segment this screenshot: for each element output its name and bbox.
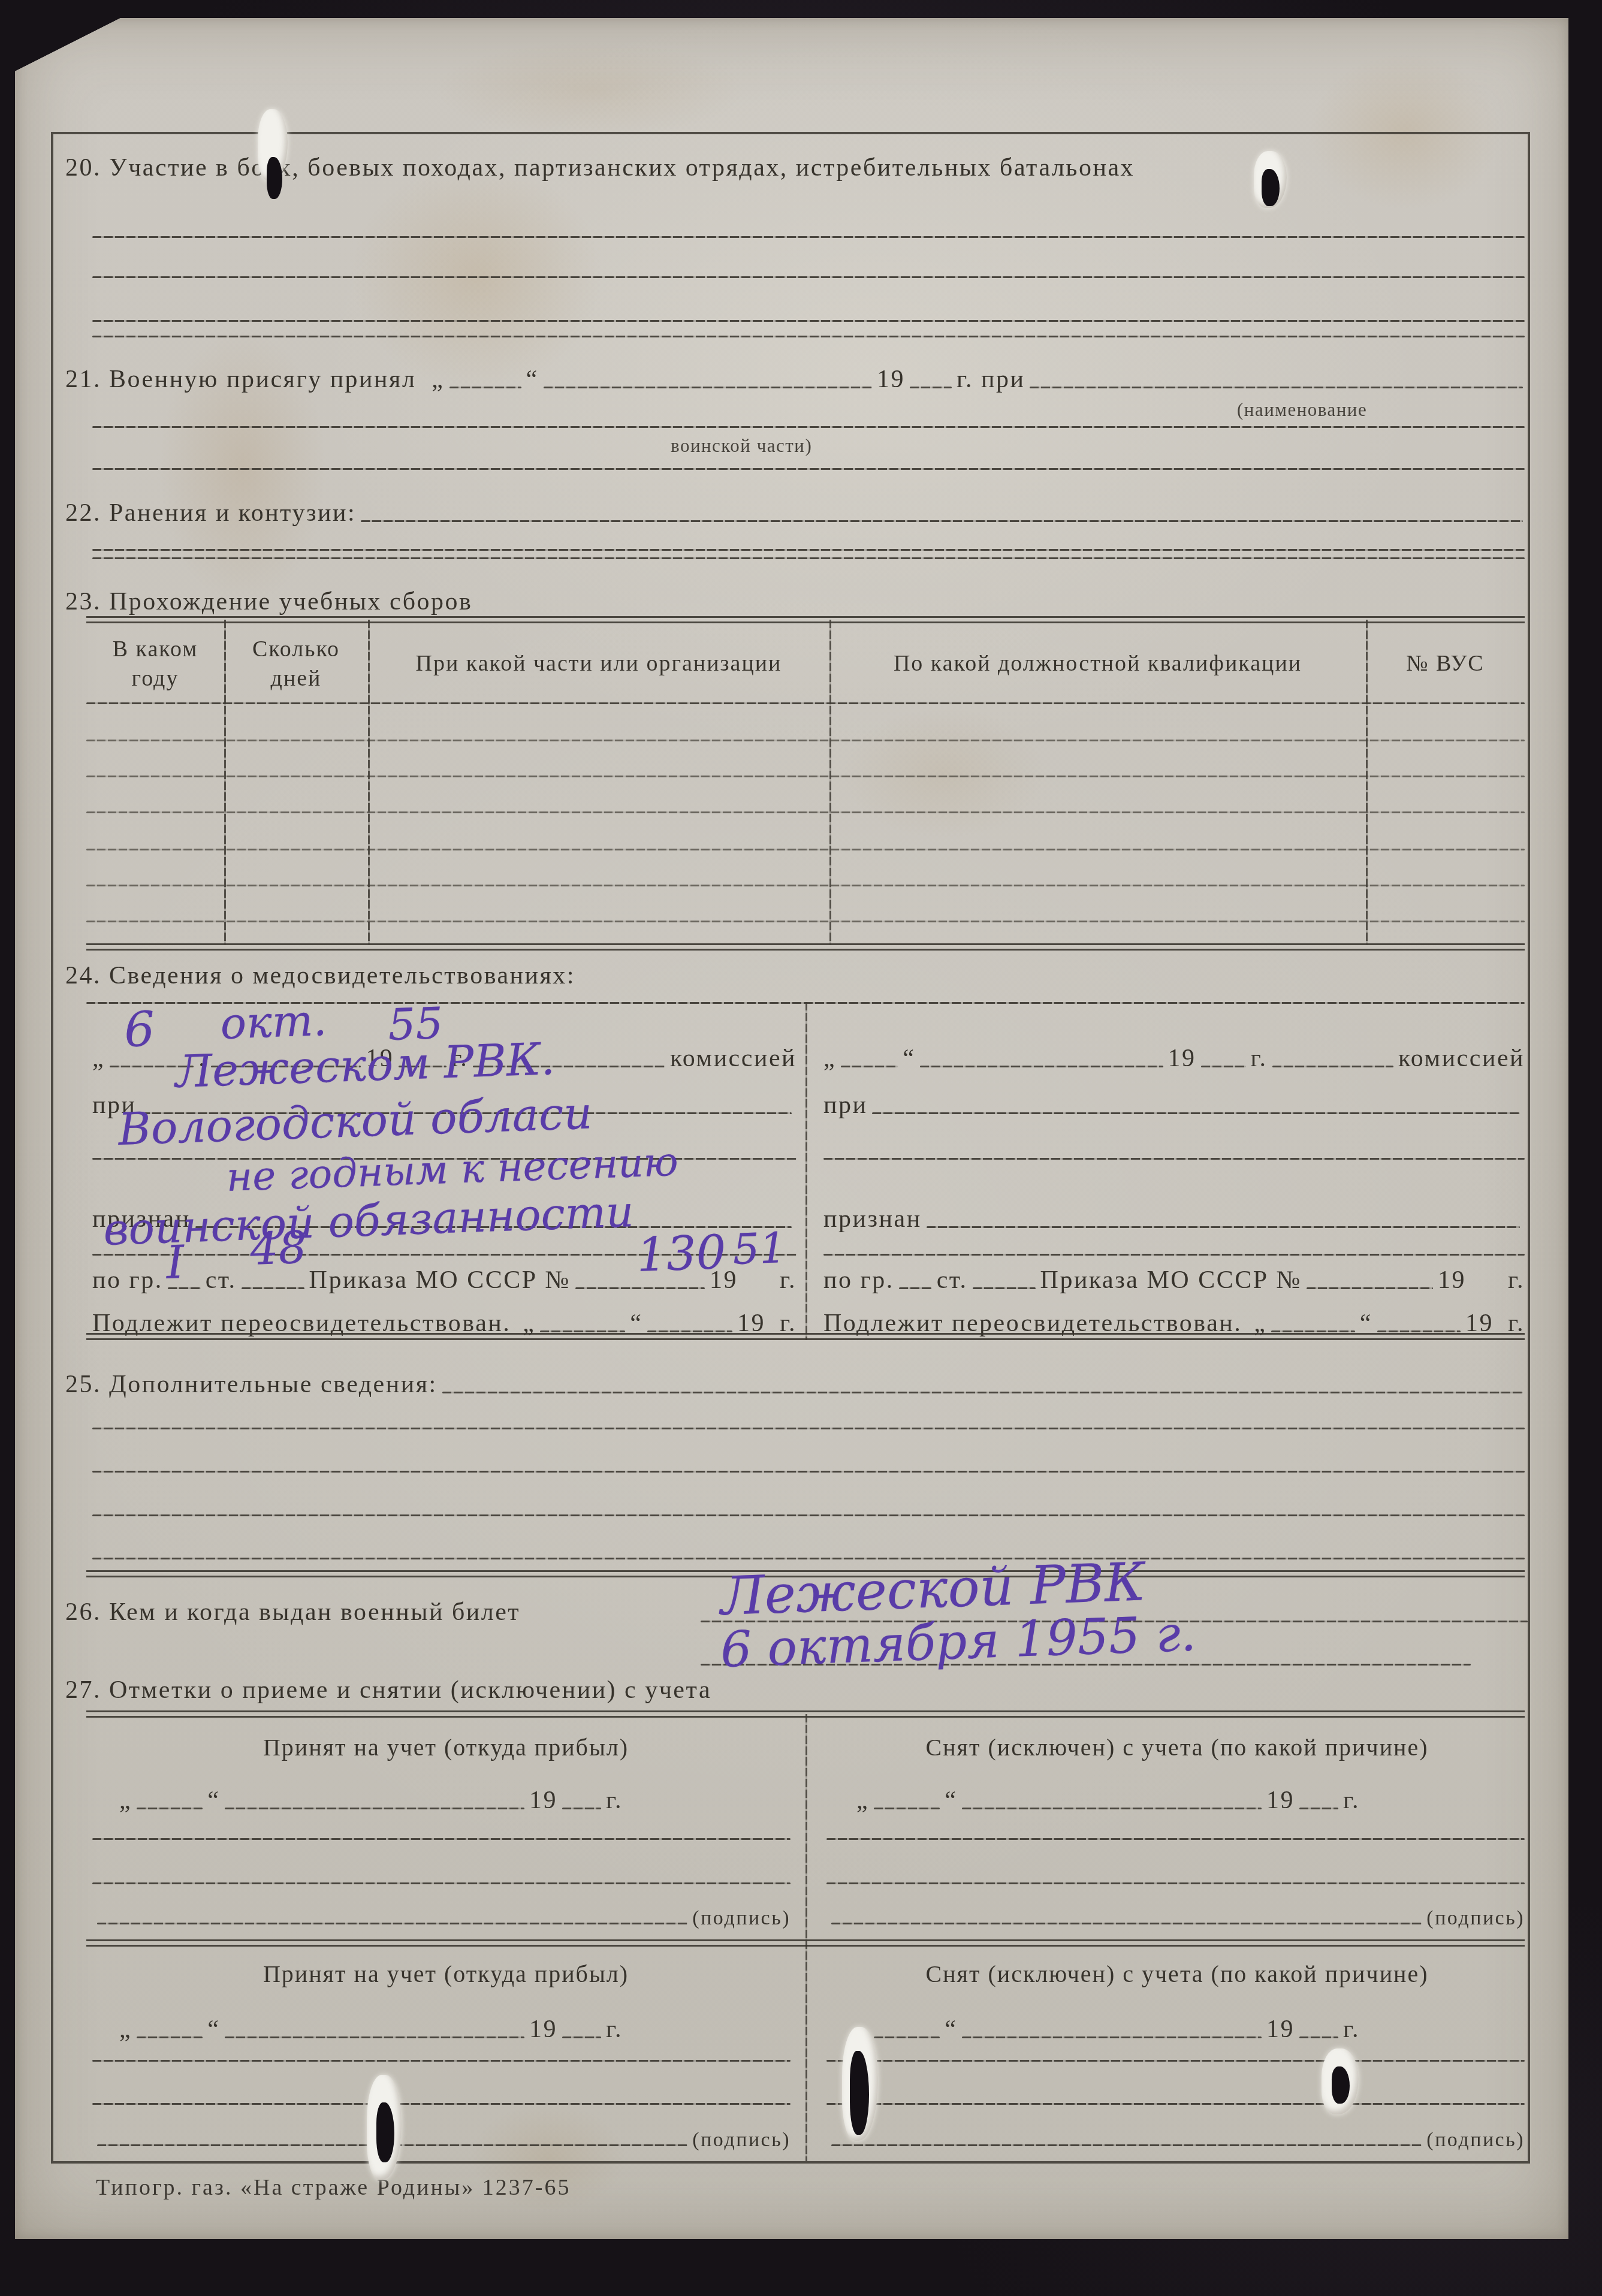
removed-date-line: „ “ 19 г. [856,2015,1360,2044]
quote-close-mark: “ [207,1786,220,1815]
section-27-title: 27. Отметки о приеме и снятии (исключени… [65,1676,711,1704]
form-frame: 20. Участие в боях, боевых походах, парт… [51,132,1530,2164]
ruled-line [826,1882,1525,1884]
day-field-rule [874,1808,940,1809]
ruled-line [826,2060,1525,2062]
accepted-signature-line: (подпись) [92,2129,791,2152]
med-right-priznan-line: признан [823,1205,1525,1233]
table-row-line [86,740,1525,741]
ruled-line [826,2103,1525,2105]
signature-hint: (подпись) [692,2129,791,2152]
quote-close-mark: “ [207,2015,220,2044]
priznan-label: признан [823,1205,922,1233]
section-22-label: 22. Ранения и контузии: [65,499,356,527]
quote-open-mark: „ [1254,1309,1266,1338]
blank-rule [544,387,872,388]
med-column-divider [805,1002,807,1340]
registration-column-divider [805,1714,807,2161]
paper-hole-shadow [267,157,282,199]
blank-rule [540,1330,625,1332]
table-bottom-border [86,943,1525,951]
ruled-line [92,1838,791,1840]
year-label: 19 [1266,2015,1295,2044]
komissiei-label: комиссией [670,1044,797,1073]
blank-rule [872,1112,1520,1114]
section-26-label: 26. Кем и когда выдан военный билет [65,1598,520,1627]
section-22-line: 22. Ранения и контузии: [65,499,1528,527]
hw-med-order-year: 51 [732,1223,787,1274]
table-header-days: Сколько дней [224,626,368,702]
signature-rule [831,1923,1422,1924]
table-row-line [86,849,1525,850]
blank-rule [449,387,521,388]
quote-close-mark: “ [945,1786,957,1815]
order-no-field-rule [1307,1287,1433,1289]
day-field-rule [137,1808,203,1809]
table-header-unit: При какой части или организации [368,626,829,702]
signature-rule [831,2144,1422,2146]
ruled-line [92,1428,1525,1429]
year-label: 19 [1438,1266,1466,1295]
ruled-line [826,1838,1525,1840]
ruled-line [92,236,1525,238]
paper-hole-shadow [1332,2066,1350,2104]
day-field-rule [874,2036,940,2038]
signature-hint: (подпись) [1426,2129,1525,2152]
blank-rule [927,1226,1520,1228]
section-25-label: 25. Дополнительные сведения: [65,1370,438,1399]
quote-open-mark: „ [823,1044,836,1073]
ruled-line [92,549,1525,551]
removed-signature-line: (подпись) [826,2129,1525,2152]
registration-row-divider [86,1939,1525,1947]
med-left-reexam-line: Подлежит переосвидетельствован. „ “ 19 г… [92,1309,797,1338]
prikaz-label: Приказа МО СССР № [309,1266,571,1295]
article-field-rule [973,1287,1036,1289]
month-field-rule [225,1808,524,1809]
paper-hole-shadow [850,2051,869,2135]
year-field-rule [1299,2036,1338,2038]
hw-med-article: 48 [249,1222,307,1275]
paper-sheet: 20. Участие в боях, боевых походах, парт… [15,18,1568,2239]
prikaz-label: Приказа МО СССР № [1040,1266,1302,1295]
year-label: 19 [877,365,905,394]
accepted-header: Принят на учет (откуда прибыл) [92,1960,800,1988]
unit-name-hint-top: (наименование [1237,399,1367,421]
unit-name-hint-bottom: воинской части) [671,435,812,457]
year-label: 19 [1266,1786,1295,1815]
g-label: г. [606,2015,623,2044]
ruled-line [92,320,1525,322]
g-label: г. [1343,2015,1360,2044]
removed-header: Снят (исключен) с учета (по какой причин… [829,1733,1525,1761]
g-label: г. [780,1309,797,1338]
print-shop-imprint: Типогр. газ. «На страже Родины» 1237-65 [96,2174,571,2201]
hw-med-group: I [165,1235,185,1289]
po-gr-label: по гр. [823,1266,894,1295]
month-field-rule [962,1808,1262,1809]
removed-header: Снят (исключен) с учета (по какой причин… [829,1960,1525,1988]
hw-med-order-no: 130 [636,1226,727,1283]
year-field-rule [1299,1808,1338,1809]
year-label: 19 [1465,1309,1494,1338]
quote-close-mark: “ [526,365,539,394]
commission-field-rule [1272,1066,1394,1067]
ruled-line [92,426,1525,428]
blank-rule [1377,1330,1461,1332]
ruled-line [92,2060,791,2062]
day-field-rule [841,1066,898,1067]
blank-rule [1030,387,1523,388]
ruled-line [823,1158,1525,1160]
quote-open-mark: „ [856,1786,869,1815]
month-field-rule [920,1066,1163,1067]
po-gr-label: по гр. [92,1266,163,1295]
month-field-rule [225,2036,524,2038]
paper-hole-shadow [1262,169,1280,206]
quote-close-mark: “ [630,1309,642,1338]
table-top-border [86,616,1525,623]
table-row-line [86,885,1525,886]
day-field-rule [137,2036,203,2038]
accepted-header: Принят на учет (откуда прибыл) [92,1733,800,1761]
blank-rule [442,1392,1523,1393]
table-header-year: В каком году [86,626,224,702]
removed-signature-line: (подпись) [826,1907,1525,1930]
g-label: г. [1251,1044,1268,1073]
removed-date-line: „ “ 19 г. [856,1786,1360,1815]
med-right-date-line: „ “ 19 г. комиссией [823,1044,1525,1073]
med-right-order-line: по гр. ст. Приказа МО СССР № 19 г. [823,1266,1525,1295]
year-label: 19 [529,2015,557,2044]
quote-open-mark: „ [432,365,444,394]
signature-hint: (подпись) [692,1907,791,1930]
table-row-line [86,776,1525,777]
table-column-line [224,620,226,945]
podlezhit-label: Подлежит переосвидетельствован. [823,1309,1242,1338]
quote-close-mark: “ [945,2015,957,2044]
section-25-line: 25. Дополнительные сведения: [65,1370,1528,1399]
blank-rule [1271,1330,1354,1332]
ruled-line [92,1882,791,1884]
table-row-line [86,921,1525,922]
year-label: 19 [737,1309,765,1338]
accepted-date-line: „ “ 19 г. [119,2015,623,2044]
paper-hole-shadow [376,2102,394,2162]
ruled-line [92,468,1525,470]
blank-rule [647,1330,732,1332]
table-column-line [829,620,831,945]
table-header-qualification: По какой должностной квалификации [829,626,1366,702]
section-21-label: 21. Военную присягу принял [65,365,416,394]
g-label: г. [1508,1309,1525,1338]
year-label: 19 [1168,1044,1196,1073]
g-label: г. [606,1786,623,1815]
accepted-date-line: „ “ 19 г. [119,1786,623,1815]
quote-close-mark: “ [1360,1309,1372,1338]
quote-open-mark: „ [119,1786,132,1815]
accepted-signature-line: (подпись) [92,1907,791,1930]
section-21-line: 21. Военную присягу принял „ “ 19 г. при [65,365,1528,394]
ruled-line [92,2103,791,2105]
table-header-border [86,702,1525,704]
section-23-title: 23. Прохождение учебных сборов [65,587,472,616]
ruled-line [92,1558,1525,1559]
signature-hint: (подпись) [1426,1907,1525,1930]
st-label: ст. [937,1266,968,1295]
year-field-rule [562,2036,601,2038]
g-label: г. [1508,1266,1525,1295]
month-field-rule [962,2036,1262,2038]
blank-rule [910,387,952,388]
pri-label: при [823,1091,867,1120]
ruled-line [92,1471,1525,1473]
st-label: ст. [206,1266,237,1295]
ruled-line [92,336,1525,337]
komissiei-label: комиссией [1398,1044,1525,1073]
section-20-title: 20. Участие в боях, боевых походах, парт… [65,153,1135,182]
quote-close-mark: “ [903,1044,915,1073]
stain [435,42,746,138]
ruled-line [92,1514,1525,1516]
hw-med-month: окт. [219,995,327,1049]
blank-rule [361,520,1523,522]
table-column-line [1366,620,1368,945]
ruled-line [92,276,1525,278]
screenshot-root: { "tokens": { "quote_open": "„", "quote_… [0,0,1602,2296]
year-field-rule [562,1808,601,1809]
ruled-line [823,1254,1525,1256]
order-no-field-rule [575,1287,705,1289]
med-right-reexam-line: Подлежит переосвидетельствован. „ “ 19 г… [823,1309,1525,1338]
table-column-line [368,620,370,945]
year-label: 19 [529,1786,557,1815]
g-pri-label: г. при [957,365,1025,394]
quote-open-mark: „ [119,2015,132,2044]
article-field-rule [242,1287,304,1289]
section-24-title: 24. Сведения о медосвидетельствованиях: [65,961,575,990]
table-header-vus: № ВУС [1366,626,1525,702]
signature-rule [97,1923,687,1924]
podlezhit-label: Подлежит переосвидетельствован. [92,1309,511,1338]
year-field-rule [1201,1066,1246,1067]
quote-open-mark: „ [523,1309,535,1338]
ruled-line [92,557,1525,559]
table-row-line [86,811,1525,813]
med-right-pri-line: при [823,1091,1525,1120]
quote-open-mark: „ [92,1044,105,1073]
hw-med-day: 6 [123,1001,156,1058]
group-field-rule [899,1287,932,1289]
g-label: г. [1343,1786,1360,1815]
